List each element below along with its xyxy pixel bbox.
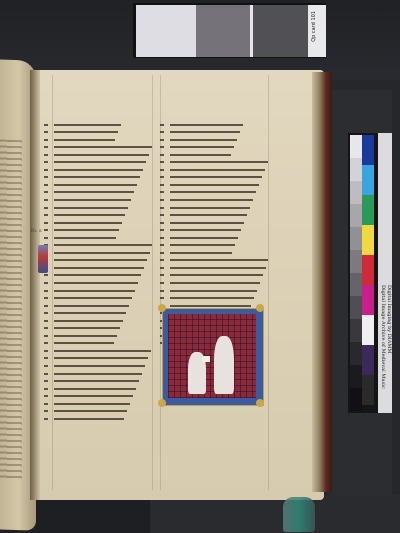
text-column-left [44,122,152,424]
script-line [44,130,152,138]
margin-note: fo. s [31,228,42,234]
script-line [44,416,152,424]
script-line [44,205,152,213]
gray-patch-light [136,5,196,57]
script-line [44,160,152,168]
script-line [160,122,268,130]
script-line [160,243,268,251]
ruling-line [152,75,153,490]
gold-corner [256,304,264,312]
script-line [44,341,152,349]
script-line [160,152,268,160]
color-patch [362,165,374,195]
script-line [44,386,152,394]
gray-step [350,227,362,250]
script-line [44,288,152,296]
gray-step [350,250,362,273]
script-line [44,137,152,145]
script-line [160,182,268,190]
script-line [44,228,152,236]
ruler-text-line-1: Digital Imaging by DIAMM [386,285,392,389]
color-patch [362,315,374,345]
page-edges [312,72,332,492]
gold-corner [158,399,166,407]
standing-lady-figure [214,336,234,394]
gray-step [350,135,362,158]
script-line [44,311,152,319]
gray-patch-dark [253,5,308,57]
script-line [160,213,268,221]
page-clip [283,497,315,532]
script-line [44,333,152,341]
miniature-painting [168,314,256,398]
script-line [44,145,152,153]
script-line [44,303,152,311]
color-patches [362,135,374,405]
ruling-line [268,75,269,490]
script-line [44,364,152,372]
script-line [160,258,268,266]
illuminated-initial [38,245,48,273]
script-line [160,190,268,198]
gray-step [350,158,362,181]
script-line [160,137,268,145]
script-line [160,197,268,205]
left-page-text [0,139,22,480]
gray-step [350,296,362,319]
script-line [44,326,152,334]
script-line [44,197,152,205]
script-line [44,318,152,326]
script-line [44,273,152,281]
gray-card-label: Qp card 101 [311,11,317,42]
color-patch [362,285,374,315]
book [202,356,210,362]
script-line [160,288,268,296]
script-line [44,258,152,266]
script-line [160,220,268,228]
script-line [160,175,268,183]
script-line [44,213,152,221]
color-patch [362,345,374,375]
gold-corner [158,304,166,312]
script-line [44,220,152,228]
script-line [44,379,152,387]
gray-step [350,365,362,388]
gray-step [350,181,362,204]
gray-patch-mid [196,5,251,57]
script-line [44,394,152,402]
script-line [44,371,152,379]
gray-step [350,273,362,296]
script-line [160,130,268,138]
color-patch [362,225,374,255]
script-line [44,280,152,288]
script-line [160,265,268,273]
ruler-label: Digital Imaging by DIAMM Digital Image A… [380,285,392,389]
script-line [160,167,268,175]
gray-step [350,342,362,365]
gray-step [350,204,362,227]
script-line [160,205,268,213]
script-line [160,228,268,236]
script-line [160,280,268,288]
color-patch [362,195,374,225]
script-line [44,348,152,356]
gold-corner [256,399,264,407]
gray-step [350,388,362,411]
ruler-text-line-2: Digital Image Archive of Medieval Music [380,285,386,389]
gray-card: Qp card 101 [133,3,326,58]
script-line [160,296,268,304]
script-line [44,401,152,409]
script-line [160,145,268,153]
script-line [44,152,152,160]
script-line [44,190,152,198]
script-line [160,273,268,281]
background-bottom [150,495,400,533]
script-line [44,356,152,364]
script-line [160,160,268,168]
script-line [44,265,152,273]
gray-step [350,319,362,342]
script-line [44,243,152,251]
script-line [44,250,152,258]
gray-scale-steps [350,135,362,411]
page-gutter [30,70,40,500]
script-line [160,250,268,258]
color-patch [362,135,374,165]
color-patch [362,375,374,405]
script-line [44,182,152,190]
script-line [44,296,152,304]
script-line [44,122,152,130]
script-line [44,167,152,175]
script-line [160,235,268,243]
script-line [44,235,152,243]
color-patch [362,255,374,285]
script-line [44,175,152,183]
script-line [44,409,152,417]
